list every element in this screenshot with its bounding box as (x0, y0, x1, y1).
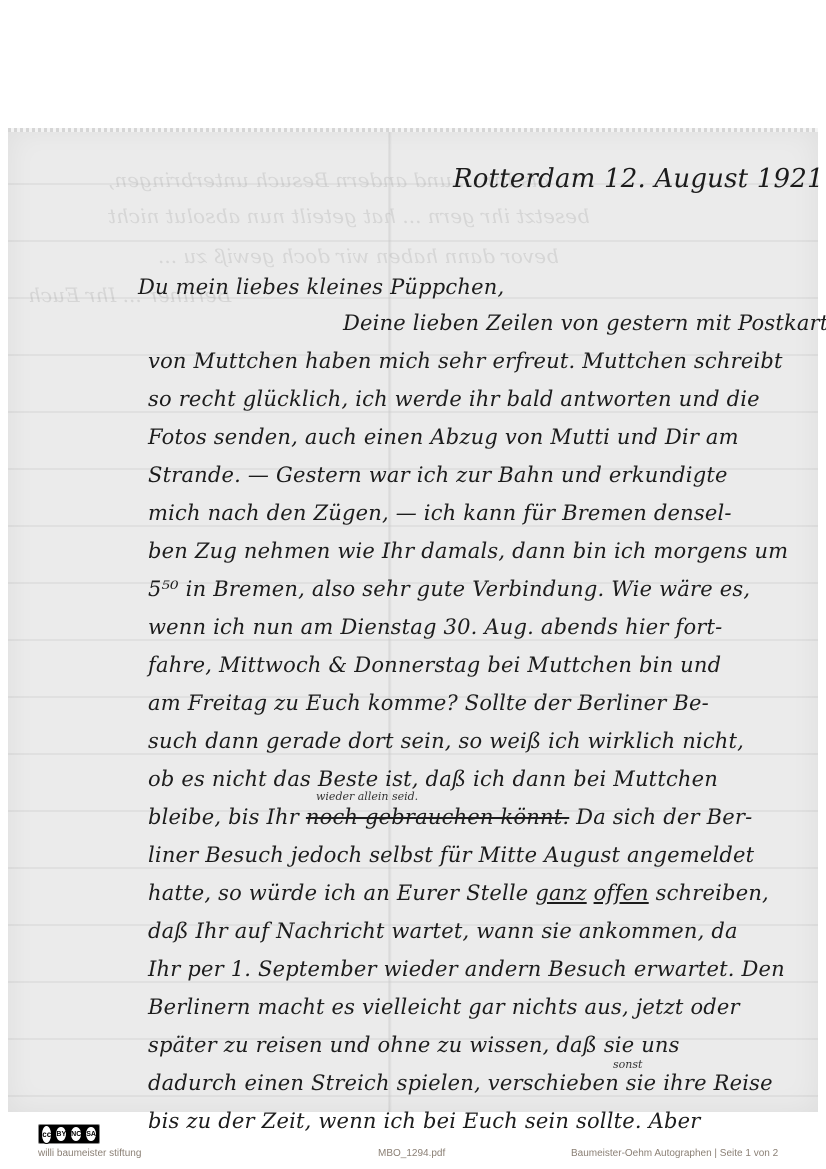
letter-line: Fotos senden, auch einen Abzug von Mutti… (148, 425, 739, 449)
letter-date: Rotterdam 12. August 1921. (453, 164, 826, 194)
letter-line: von Muttchen haben mich sehr erfreut. Mu… (148, 349, 783, 373)
letter-line: dadurch einen Streich spielen, verschieb… (148, 1071, 773, 1095)
letter-line: Ihr per 1. September wieder andern Besuc… (148, 957, 785, 981)
letter-line: fahre, Mittwoch & Donnerstag bei Muttche… (148, 653, 721, 677)
cc-icon: cc (41, 1125, 52, 1144)
footer-filename: MBO_1294.pdf (378, 1148, 445, 1159)
footer-page-info: Baumeister-Oehm Autographen | Seite 1 vo… (571, 1148, 778, 1159)
sa-icon: SA (85, 1126, 97, 1142)
underlined-word: ganz (535, 881, 586, 905)
underlined-word: offen (594, 881, 649, 905)
letter-line: daß Ihr auf Nachricht wartet, wann sie a… (148, 919, 738, 943)
letter-text: hatte, so würde ich an Eurer Stelle (148, 881, 528, 905)
letter-text: Da sich der Ber- (576, 805, 752, 829)
by-icon: BY (55, 1126, 67, 1142)
letter-scan: als Ihr ... und andern Besuch unterbring… (8, 128, 818, 1112)
letter-line: mich nach den Zügen, — ich kann für Brem… (148, 501, 732, 525)
letter-line: so recht glücklich, ich werde ihr bald a… (148, 387, 760, 411)
letter-line: später zu reisen und ohne zu wissen, daß… (148, 1033, 680, 1057)
footer-organization: willi baumeister stiftung (38, 1148, 141, 1159)
letter-line: bleibe, bis Ihr noch gebrauchen könnt. D… (148, 805, 752, 829)
letter-line: 5⁵⁰ in Bremen, also sehr gute Verbindung… (148, 577, 750, 601)
insertion-text: sonst (613, 1058, 642, 1071)
letter-line: hatte, so würde ich an Eurer Stelle ganz… (148, 881, 769, 905)
letter-text: dadurch einen Streich spielen, verschieb… (148, 1071, 656, 1095)
letter-text: ihre Reise (663, 1071, 773, 1095)
letter-line: bis zu der Zeit, wenn ich bei Euch sein … (148, 1109, 701, 1133)
letter-line: Berlinern macht es vielleicht gar nichts… (148, 995, 740, 1019)
letter-line: wenn ich nun am Dienstag 30. Aug. abends… (148, 615, 722, 639)
letter-line: such dann gerade dort sein, so weiß ich … (148, 729, 744, 753)
letter-salutation: Du mein liebes kleines Püppchen, (138, 275, 504, 299)
insertion-text: wieder allein seid. (316, 790, 418, 803)
letter-line: am Freitag zu Euch komme? Sollte der Ber… (148, 691, 709, 715)
handwritten-content: Rotterdam 12. August 1921. Du mein liebe… (8, 128, 818, 1112)
nc-icon: NC (70, 1126, 82, 1142)
cc-by-nc-sa-icon: cc BY NC SA (38, 1124, 100, 1144)
letter-line: ben Zug nehmen wie Ihr damals, dann bin … (148, 539, 788, 563)
letter-line: liner Besuch jedoch selbst für Mitte Aug… (148, 843, 754, 867)
letter-line: Deine lieben Zeilen von gestern mit Post… (343, 311, 826, 335)
letter-line: Strande. — Gestern war ich zur Bahn und … (148, 463, 728, 487)
struck-text: noch gebrauchen könnt. (306, 805, 569, 829)
letter-text: bleibe, bis Ihr (148, 805, 299, 829)
letter-text: schreiben, (656, 881, 769, 905)
letter-line: ob es nicht das Beste ist, daß ich dann … (148, 767, 718, 791)
